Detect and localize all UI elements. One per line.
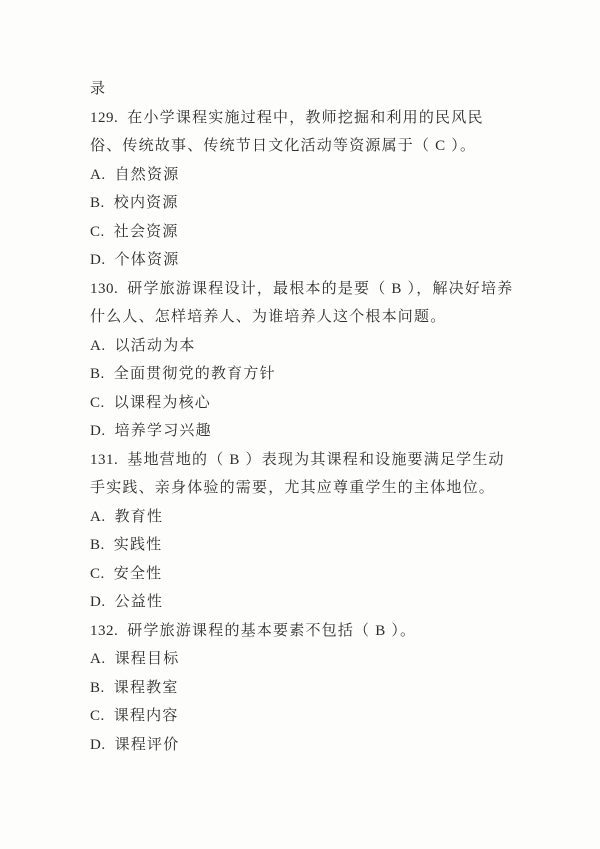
option-text: 社会资源 — [114, 224, 179, 240]
option-text: 以活动为本 — [115, 338, 196, 354]
option-label: C. — [90, 395, 105, 411]
option-label: B. — [90, 366, 105, 382]
option-text: 自然资源 — [115, 167, 180, 183]
option-text: 校内资源 — [114, 195, 179, 211]
question-number: 129. — [90, 110, 118, 126]
option-row-a: A.以活动为本 — [90, 332, 514, 361]
option-label: D. — [90, 423, 106, 439]
option-row-a: A.教育性 — [90, 503, 514, 532]
option-row-b: B.全面贯彻党的教育方针 — [90, 360, 514, 389]
option-text: 课程评价 — [115, 737, 180, 753]
option-row-a: A.自然资源 — [90, 161, 514, 190]
question-stem: 130.研学旅游课程设计，最根本的是要（ B ），解决好培养什么人、怎样培养人、… — [90, 275, 514, 332]
option-label: D. — [90, 737, 106, 753]
option-text: 课程内容 — [114, 708, 179, 724]
page-fragment-text: 录 — [90, 75, 514, 104]
option-row-d: D.培养学习兴趣 — [90, 417, 514, 446]
option-label: D. — [90, 252, 106, 268]
option-label: D. — [90, 594, 106, 610]
option-label: B. — [90, 195, 105, 211]
question-text: 研学旅游课程的基本要素不包括（ B ）。 — [127, 623, 416, 639]
question-131: 131.基地营地的（ B ）表现为其课程和设施要满足学生动手实践、亲身体验的需要… — [90, 446, 514, 617]
option-text: 课程教室 — [114, 680, 179, 696]
option-row-d: D.公益性 — [90, 588, 514, 617]
option-text: 公益性 — [115, 594, 164, 610]
question-130: 130.研学旅游课程设计，最根本的是要（ B ），解决好培养什么人、怎样培养人、… — [90, 275, 514, 446]
question-text: 基地营地的（ B ）表现为其课程和设施要满足学生动手实践、亲身体验的需要，尤其应… — [90, 452, 505, 497]
question-number: 132. — [90, 623, 118, 639]
option-row-b: B.校内资源 — [90, 189, 514, 218]
question-text: 在小学课程实施过程中，教师挖掘和利用的民风民俗、传统故事、传统节日文化活动等资源… — [90, 110, 484, 155]
option-label: C. — [90, 566, 105, 582]
option-label: C. — [90, 224, 105, 240]
document-page: 录 129.在小学课程实施过程中，教师挖掘和利用的民风民俗、传统故事、传统节日文… — [0, 0, 600, 849]
option-text: 个体资源 — [115, 252, 180, 268]
question-stem: 131.基地营地的（ B ）表现为其课程和设施要满足学生动手实践、亲身体验的需要… — [90, 446, 514, 503]
option-text: 课程目标 — [115, 651, 180, 667]
option-text: 培养学习兴趣 — [115, 423, 212, 439]
option-label: A. — [90, 509, 106, 525]
option-text: 以课程为核心 — [114, 395, 211, 411]
option-label: A. — [90, 651, 106, 667]
option-label: C. — [90, 708, 105, 724]
option-row-d: D.个体资源 — [90, 246, 514, 275]
option-text: 安全性 — [114, 566, 163, 582]
question-text: 研学旅游课程设计，最根本的是要（ B ），解决好培养什么人、怎样培养人、为谁培养… — [90, 281, 513, 326]
option-text: 全面贯彻党的教育方针 — [114, 366, 276, 382]
option-row-b: B.课程教室 — [90, 674, 514, 703]
question-132: 132.研学旅游课程的基本要素不包括（ B ）。 A.课程目标 B.课程教室 C… — [90, 617, 514, 760]
option-row-b: B.实践性 — [90, 531, 514, 560]
option-row-d: D.课程评价 — [90, 731, 514, 760]
question-stem: 129.在小学课程实施过程中，教师挖掘和利用的民风民俗、传统故事、传统节日文化活… — [90, 104, 514, 161]
option-label: B. — [90, 537, 105, 553]
question-stem: 132.研学旅游课程的基本要素不包括（ B ）。 — [90, 617, 514, 646]
option-row-c: C.安全性 — [90, 560, 514, 589]
option-row-a: A.课程目标 — [90, 645, 514, 674]
option-row-c: C.社会资源 — [90, 218, 514, 247]
question-129: 129.在小学课程实施过程中，教师挖掘和利用的民风民俗、传统故事、传统节日文化活… — [90, 104, 514, 275]
question-number: 130. — [90, 281, 118, 297]
option-text: 实践性 — [114, 537, 163, 553]
option-text: 教育性 — [115, 509, 164, 525]
question-number: 131. — [90, 452, 118, 468]
option-label: A. — [90, 167, 106, 183]
option-label: A. — [90, 338, 106, 354]
option-row-c: C.课程内容 — [90, 702, 514, 731]
option-label: B. — [90, 680, 105, 696]
option-row-c: C.以课程为核心 — [90, 389, 514, 418]
